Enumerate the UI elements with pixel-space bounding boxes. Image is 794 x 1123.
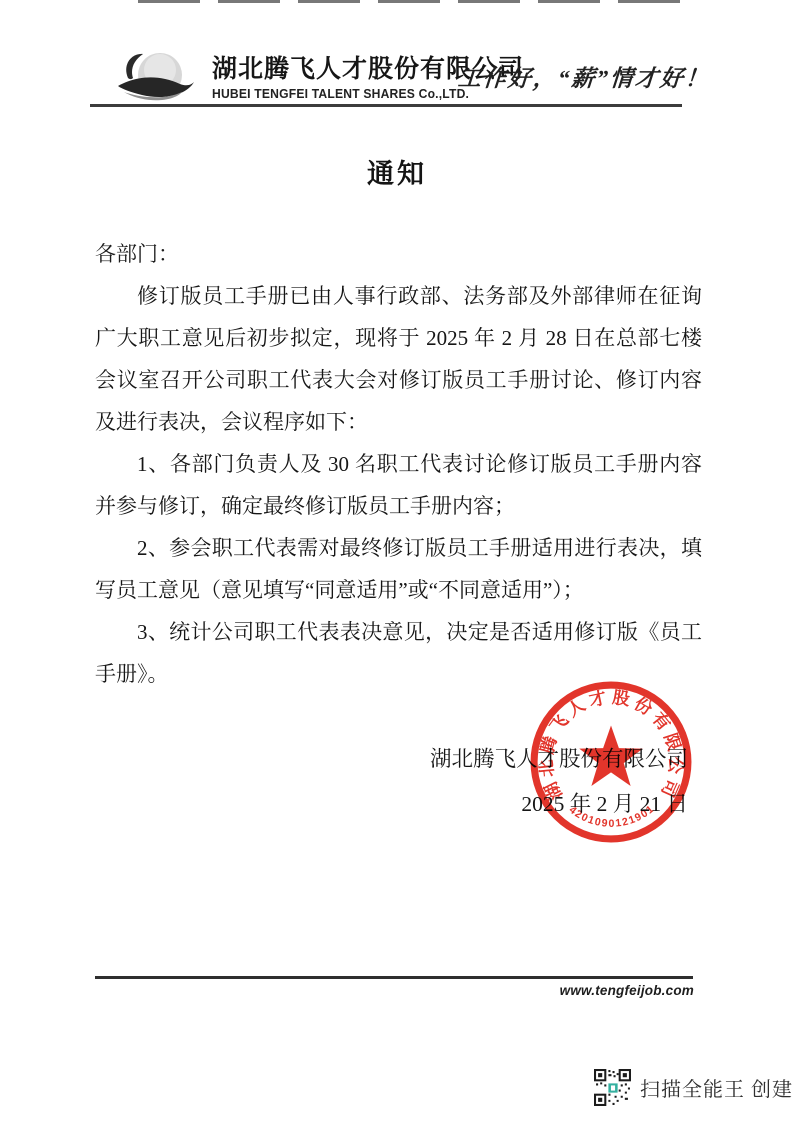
notice-title: 通知	[0, 152, 794, 191]
scanned-notice-document: 湖北腾飞人才股份有限公司 HUBEI TENGFEI TALENT SHARES…	[0, 0, 794, 1123]
paragraph-intro: 修订版员工手册已由人事行政部、法务部及外部律师在征询广大职工意见后初步拟定，现将…	[95, 275, 702, 443]
company-website-url: www.tengfeijob.com	[560, 983, 694, 998]
paragraph-item-1: 1、各部门负责人及 30 名职工代表讨论修订版员工手册内容并参与修订，确定最终修…	[95, 443, 702, 527]
company-seal-stamp: 湖北腾飞人才股份有限公司 4201090121901	[528, 679, 694, 845]
company-logo-bird-globe-icon	[114, 48, 198, 106]
paragraph-item-2: 2、参会职工代表需对最终修订版员工手册适用进行表决，填写员工意见（意见填写“同意…	[95, 527, 702, 611]
qr-code-icon	[594, 1069, 631, 1106]
company-slogan: 工作好，“薪”情才好！	[457, 60, 699, 93]
letterhead-divider	[90, 104, 682, 107]
svg-text:4201090121901: 4201090121901	[567, 803, 656, 829]
seal-star-icon	[579, 726, 643, 786]
letterhead: 湖北腾飞人才股份有限公司 HUBEI TENGFEI TALENT SHARES…	[0, 0, 794, 110]
seal-serial-number: 4201090121901	[567, 803, 656, 829]
camscanner-watermark: 扫描全能王 创建	[594, 1069, 793, 1106]
footer-divider	[95, 976, 693, 979]
notice-body: 各部门： 修订版员工手册已由人事行政部、法务部及外部律师在征询广大职工意见后初步…	[95, 233, 702, 695]
camscanner-label: 扫描全能王 创建	[640, 1073, 793, 1102]
salutation: 各部门：	[95, 233, 702, 275]
